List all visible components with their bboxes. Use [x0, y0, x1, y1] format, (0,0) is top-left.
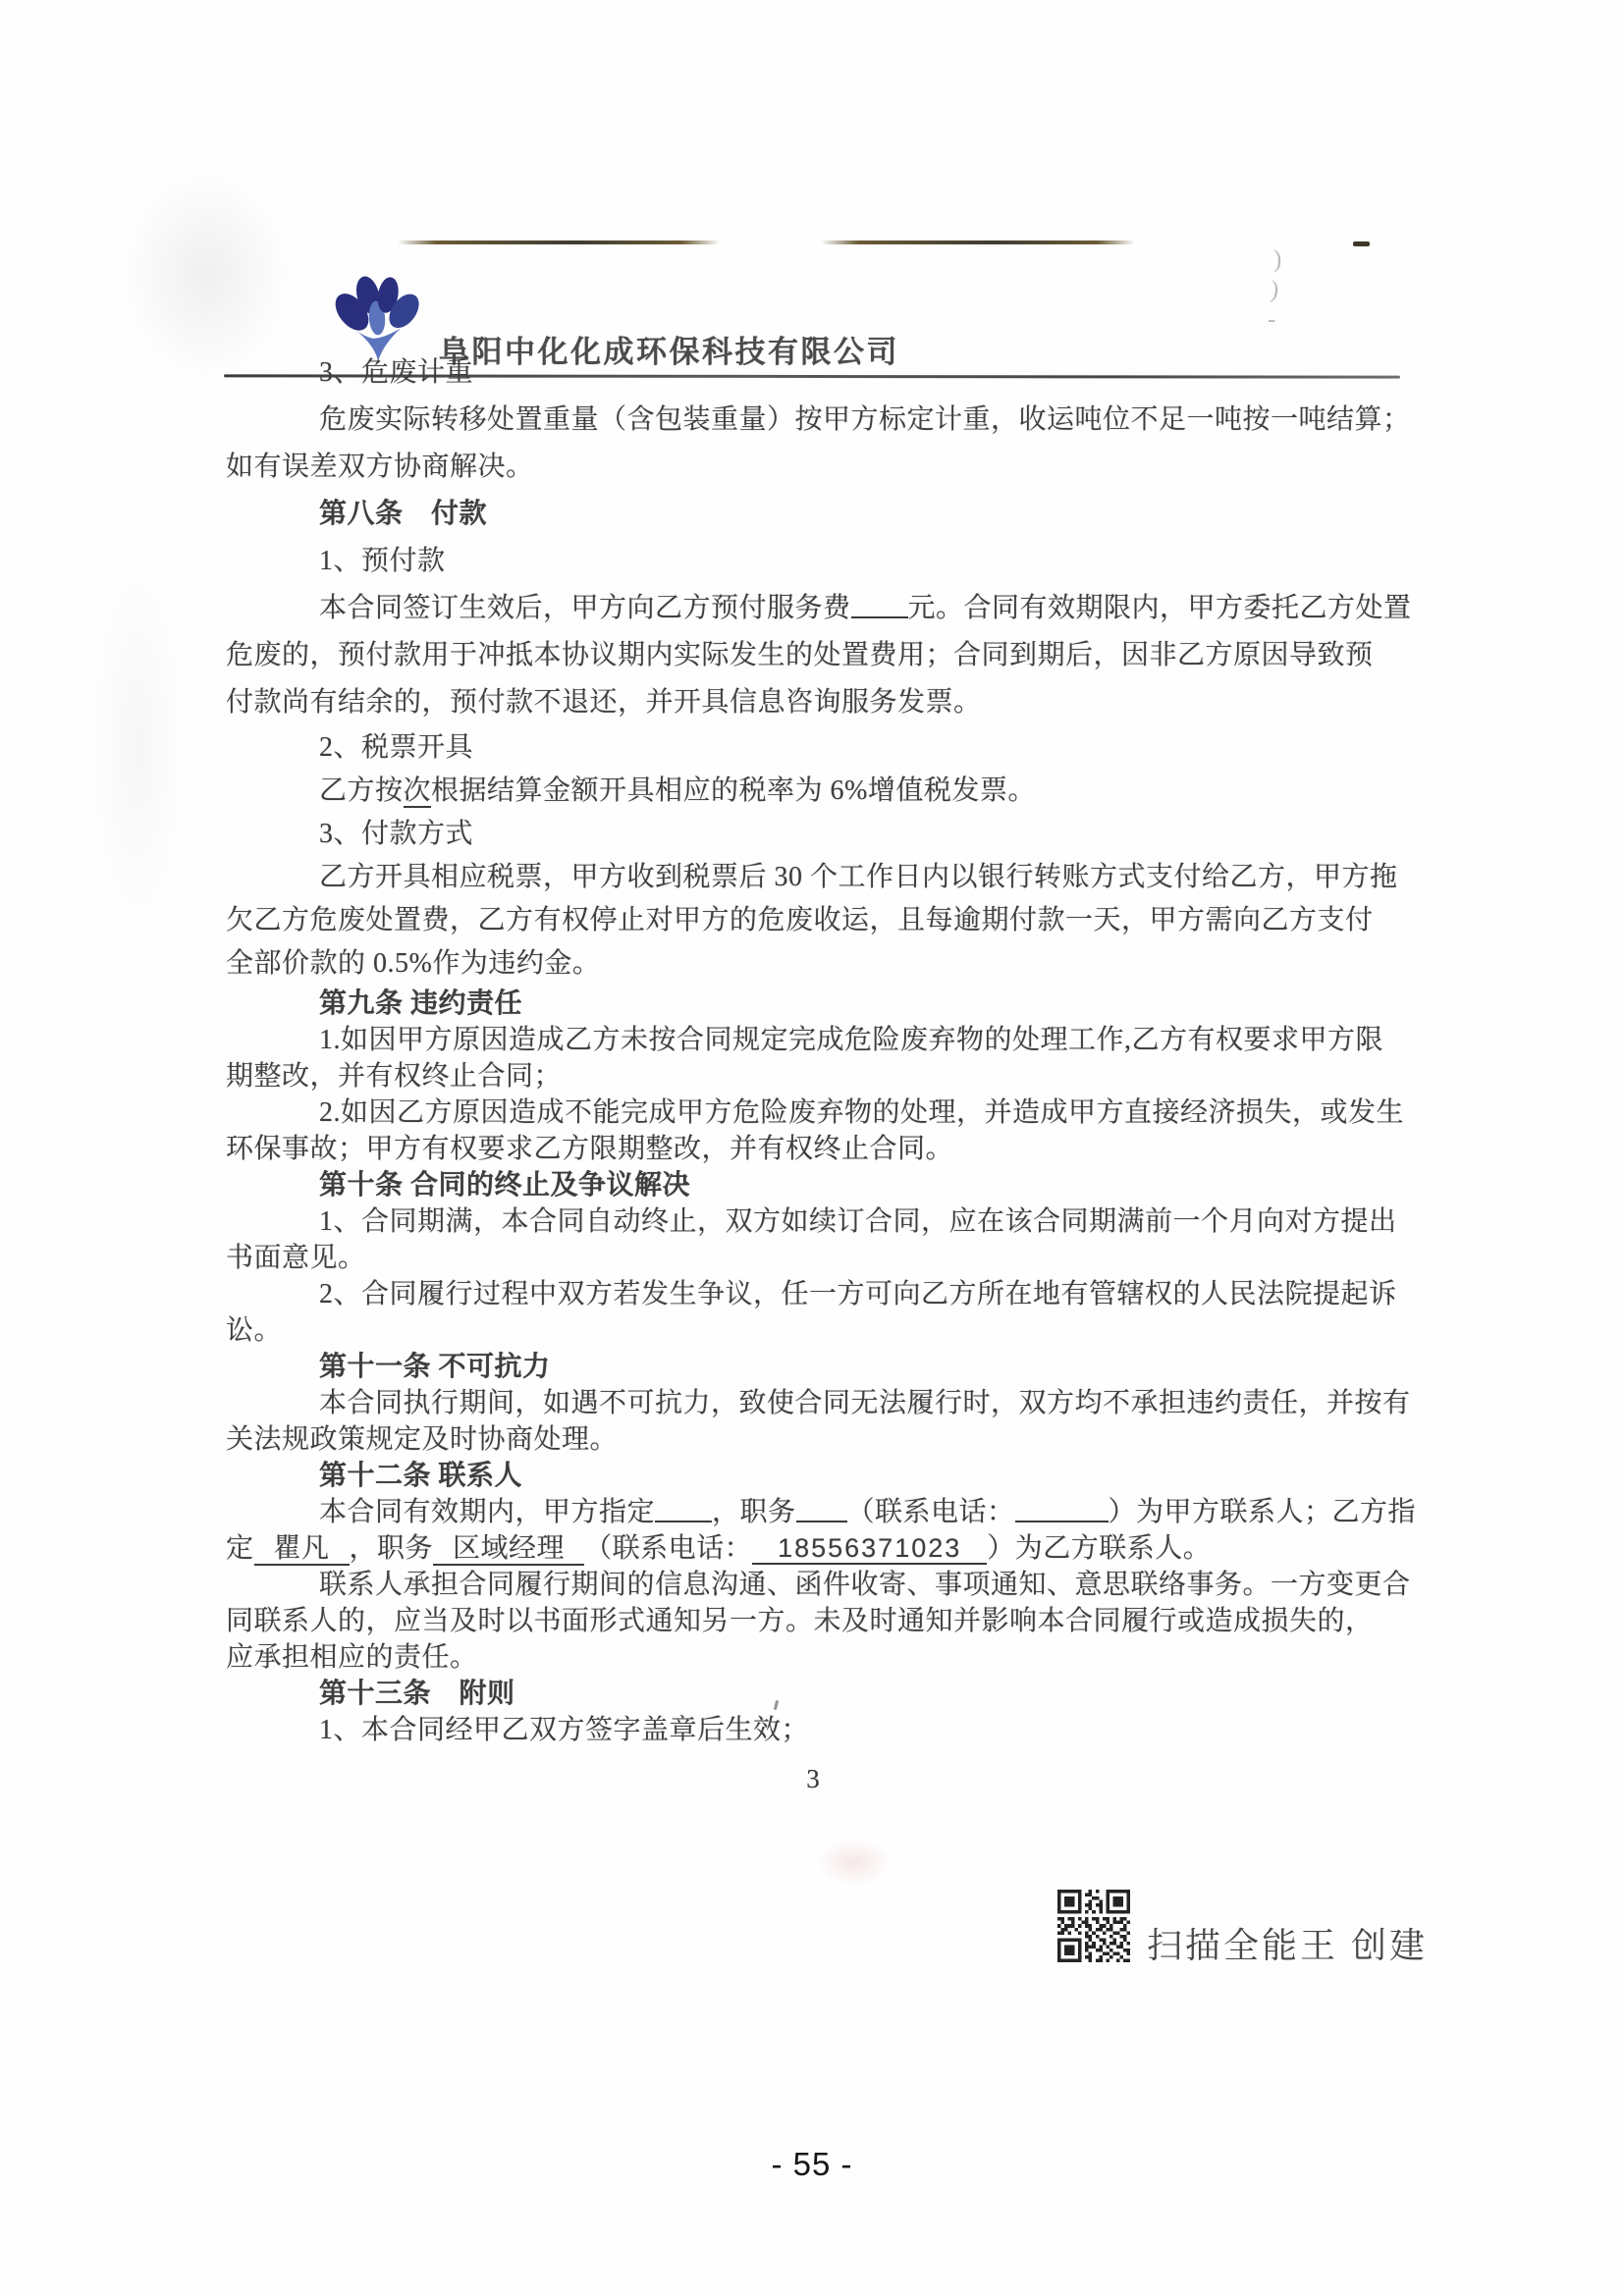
section-heading: 第八条 付款 — [226, 491, 1404, 538]
scan-smudge — [69, 471, 206, 1021]
blank-field — [655, 1495, 712, 1522]
contact-title-filled: 区域经理 — [433, 1533, 584, 1566]
scan-smudge — [800, 1828, 908, 1896]
contract-line: 付款尚有结余的，预付款不退还，并开具信息咨询服务发票。 — [226, 679, 1404, 726]
contact-phone-filled: 18556371023 — [752, 1533, 987, 1565]
contract-line: 书面意见。 — [226, 1240, 1404, 1276]
underlined-text: 次 — [404, 775, 432, 808]
line-text: 元。合同有效期限内，甲方委托乙方处置 — [908, 593, 1412, 623]
line-text: （联系电话： — [847, 1497, 1015, 1527]
contract-line: 2.如因乙方原因造成不能完成甲方危险废弃物的处理，并造成甲方直接经济损失，或发生 — [226, 1095, 1404, 1131]
contract-line: 乙方按次根据结算金额开具相应的税率为 6%增值税发票。 — [226, 770, 1404, 813]
contract-line: 期整改，并有权终止合同； — [226, 1058, 1404, 1095]
contract-line: 2、合同履行过程中双方若发生争议，任一方可向乙方所在地有管辖权的人民法院提起诉 — [226, 1276, 1404, 1312]
line-text: 本合同有效期内，甲方指定 — [319, 1497, 655, 1527]
scanned-contract-page: ) ) - 阜阳中化化成环保科技有限公司 3、危废计重 危废实际转移处置重量（含… — [0, 0, 1624, 2296]
contract-line: 全部价款的 0.5%作为违约金。 — [226, 942, 1404, 986]
contract-line: 欠乙方危废处置费，乙方有权停止对甲方的危废收运，且每逾期付款一天，甲方需向乙方支… — [226, 899, 1404, 942]
contract-line: 1、合同期满，本合同自动终止，双方如续订合同，应在该合同期满前一个月向对方提出 — [226, 1203, 1404, 1240]
contract-line: 危废的，预付款用于冲抵本协议期内实际发生的处置费用；合同到期后，因非乙方原因导致… — [226, 632, 1404, 679]
contract-line: 乙方开具相应税票，甲方收到税票后 30 个工作日内以银行转账方式支付给乙方，甲方… — [226, 856, 1404, 899]
contract-line: 如有误差双方协商解决。 — [226, 444, 1404, 491]
line-text: 乙方按 — [319, 775, 404, 806]
contract-line: 1、本合同经甲乙双方签字盖章后生效； — [226, 1712, 1404, 1748]
line-text: （联系电话： — [584, 1533, 752, 1564]
qr-code-icon — [1057, 1889, 1130, 1963]
line-text: ）为乙方联系人。 — [987, 1533, 1211, 1564]
section-heading: 第十三条 附则 — [226, 1676, 1404, 1712]
contract-line: 同联系人的，应当及时以书面形式通知另一方。未及时通知并影响本合同履行或造成损失的… — [226, 1603, 1404, 1639]
contract-line: 1、预付款 — [226, 538, 1404, 585]
document-page-number: 3 — [226, 1764, 1400, 1794]
section-heading: 第十二条 联系人 — [226, 1458, 1404, 1494]
contract-line: 环保事故；甲方有权要求乙方限期整改，并有权终止合同。 — [226, 1131, 1404, 1167]
scanner-watermark: 扫描全能王 创建 — [1147, 1918, 1428, 1968]
contract-line: 本合同执行期间，如遇不可抗力，致使合同无法履行时，双方均不承担违约责任，并按有 — [226, 1385, 1404, 1421]
contract-body: 3、危废计重 危废实际转移处置重量（含包装重量）按甲方标定计重，收运吨位不足一吨… — [226, 349, 1404, 1748]
line-text: ，职务 — [350, 1533, 434, 1564]
line-text: 本合同签订生效后，甲方向乙方预付服务费 — [319, 593, 851, 623]
contract-line: 3、危废计重 — [226, 349, 1404, 397]
blank-field — [1015, 1495, 1109, 1522]
contract-line: 关法规政策规定及时协商处理。 — [226, 1421, 1404, 1458]
contract-line: 讼。 — [226, 1312, 1404, 1349]
contract-line: 2、税票开具 — [226, 726, 1404, 770]
bleed-through-dash — [1353, 241, 1370, 246]
line-text: ）为甲方联系人；乙方指 — [1109, 1497, 1417, 1527]
contract-line: 联系人承担合同履行期间的信息沟通、函件收寄、事项通知、意思联络事务。一方变更合 — [226, 1567, 1404, 1603]
scan-page-number: - 55 - — [0, 2146, 1624, 2183]
line-text: ，职务 — [712, 1497, 796, 1527]
scan-artifact: ) — [1273, 247, 1281, 272]
blank-field — [796, 1495, 847, 1522]
contact-name-filled: 瞿凡 — [254, 1533, 350, 1566]
section-heading: 第十一条 不可抗力 — [226, 1349, 1404, 1385]
contract-line: 应承担相应的责任。 — [226, 1639, 1404, 1676]
contract-line: 定瞿凡，职务区域经理（联系电话：18556371023）为乙方联系人。 — [226, 1530, 1404, 1567]
contract-line: 危废实际转移处置重量（含包装重量）按甲方标定计重，收运吨位不足一吨按一吨结算； — [226, 397, 1404, 444]
blank-field — [851, 591, 908, 618]
section-heading: 第十条 合同的终止及争议解决 — [226, 1167, 1404, 1203]
bleed-through-line — [821, 240, 1135, 244]
line-text: 根据结算金额开具相应的税率为 6%增值税发票。 — [431, 775, 1036, 806]
line-text: 定 — [226, 1533, 254, 1564]
scan-artifact: - — [1268, 307, 1275, 332]
contract-line: 1.如因甲方原因造成乙方未按合同规定完成危险废弃物的处理工作,乙方有权要求甲方限 — [226, 1022, 1404, 1058]
bleed-through-line — [398, 240, 720, 244]
contract-line: 3、付款方式 — [226, 813, 1404, 856]
contract-line: 本合同签订生效后，甲方向乙方预付服务费元。合同有效期限内，甲方委托乙方处置 — [226, 585, 1404, 632]
section-heading: 第九条 违约责任 — [226, 986, 1404, 1022]
contract-line: 本合同有效期内，甲方指定，职务（联系电话：）为甲方联系人；乙方指 — [226, 1494, 1404, 1530]
scan-artifact: ) — [1270, 278, 1280, 303]
